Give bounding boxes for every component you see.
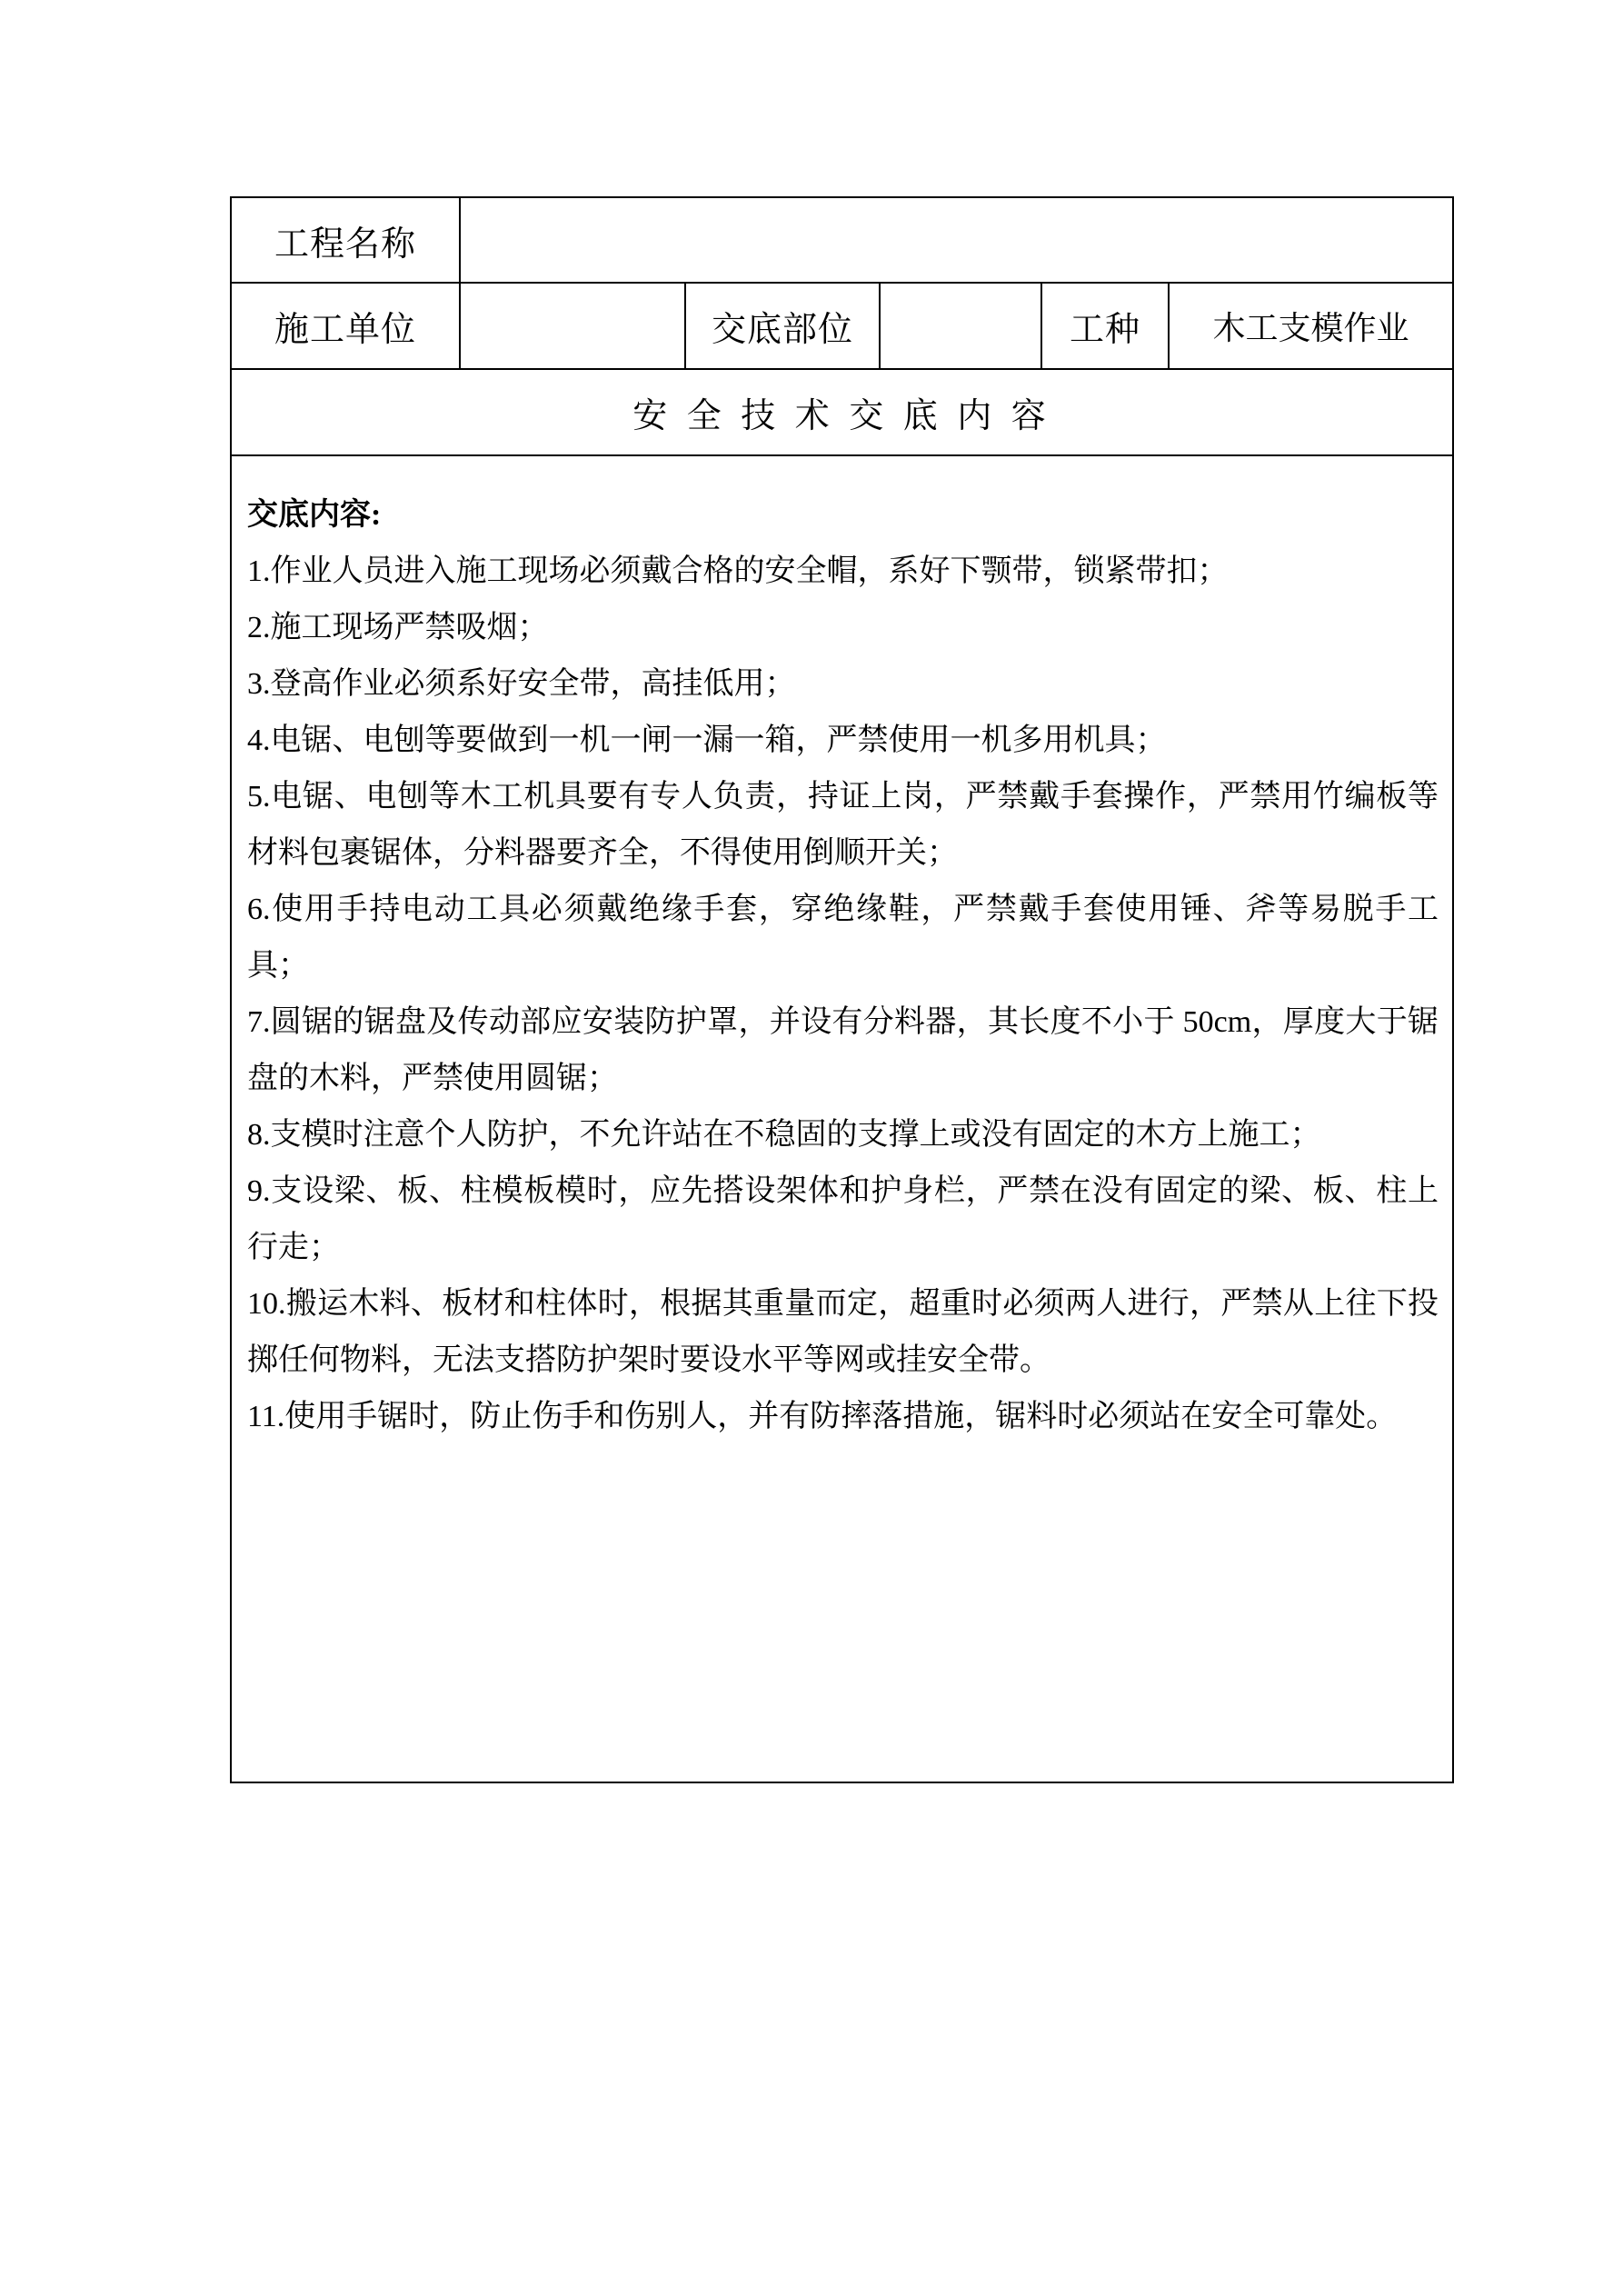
content-item: 7.圆锯的锯盘及传动部应安装防护罩，并设有分料器，其长度不小于 50cm，厚度大…: [247, 994, 1439, 1107]
content-item: 1.作业人员进入施工现场必须戴合格的安全帽，系好下颚带，锁紧带扣；: [247, 544, 1439, 600]
construction-unit-label: 施工单位: [231, 283, 460, 369]
construction-unit-value: [460, 283, 685, 369]
content-item: 6.使用手持电动工具必须戴绝缘手套，穿绝缘鞋，严禁戴手套使用锤、斧等易脱手工具；: [247, 882, 1439, 994]
section-title: 安 全 技 术 交 底 内 容: [231, 369, 1453, 455]
section-title-row: 安 全 技 术 交 底 内 容: [231, 369, 1453, 455]
project-name-row: 工程名称: [231, 197, 1453, 283]
project-name-label: 工程名称: [231, 197, 460, 283]
content-item: 3.登高作业必须系好安全带，高挂低用；: [247, 656, 1439, 713]
content-item: 11.使用手锯时，防止伤手和伤别人，并有防摔落措施，锯料时必须站在安全可靠处。: [247, 1389, 1439, 1445]
content-item: 2.施工现场严禁吸烟；: [247, 600, 1439, 656]
content-cell: 交底内容: 1.作业人员进入施工现场必须戴合格的安全帽，系好下颚带，锁紧带扣； …: [231, 455, 1453, 1782]
content-item: 4.电锯、电刨等要做到一机一闸一漏一箱，严禁使用一机多用机具；: [247, 713, 1439, 769]
content-row: 交底内容: 1.作业人员进入施工现场必须戴合格的安全帽，系好下颚带，锁紧带扣； …: [231, 455, 1453, 1782]
content-item: 5.电锯、电刨等木工机具要有专人负责，持证上岗，严禁戴手套操作，严禁用竹编板等材…: [247, 769, 1439, 882]
content-item: 9.支设梁、板、柱模板模时，应先搭设架体和护身栏，严禁在没有固定的梁、板、柱上行…: [247, 1163, 1439, 1276]
page: { "table": { "row1": { "label": "工程名称", …: [0, 0, 1623, 2296]
disclosure-part-label: 交底部位: [685, 283, 880, 369]
project-name-value: [460, 197, 1453, 283]
document-table: 工程名称 施工单位 交底部位 工种 木工支模作业 安 全 技 术 交 底 内 容…: [230, 196, 1454, 1783]
work-type-value: 木工支模作业: [1169, 283, 1453, 369]
content-item: 10.搬运木料、板材和柱体时，根据其重量而定，超重时必须两人进行，严禁从上往下投…: [247, 1276, 1439, 1389]
content-heading: 交底内容:: [247, 487, 1439, 544]
disclosure-part-value: [880, 283, 1041, 369]
work-type-label: 工种: [1041, 283, 1169, 369]
content-item: 8.支模时注意个人防护，不允许站在不稳固的支撑上或没有固定的木方上施工；: [247, 1107, 1439, 1163]
info-row: 施工单位 交底部位 工种 木工支模作业: [231, 283, 1453, 369]
